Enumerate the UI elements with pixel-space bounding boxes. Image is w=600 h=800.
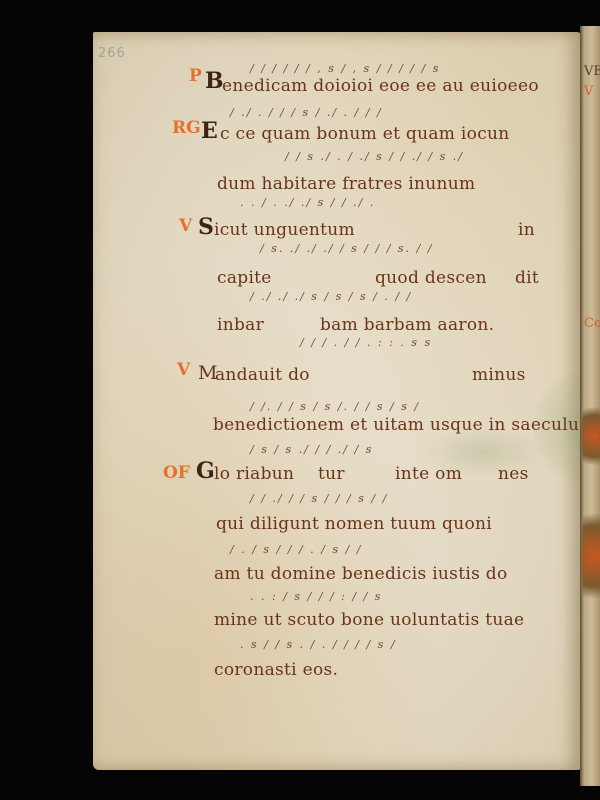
neume-row: / s / s ./ / / ./ / s xyxy=(250,443,373,456)
rubric-label: RG xyxy=(172,118,201,138)
decorated-initial: S xyxy=(198,214,214,240)
neume-row: / ./ ./ ./ s / s / s / . / / xyxy=(250,290,412,303)
neume-row: . . / . ./ ./ s / / ./ . xyxy=(240,196,375,209)
text-line: am tu domine benedicis iustis do xyxy=(214,564,508,584)
neume-row: / / ./ / / s / / / s / / xyxy=(250,492,388,505)
neume-row: / ./ . / / / s / ./ . / / / xyxy=(230,106,383,119)
facing-page-rubric: Co xyxy=(584,316,600,331)
decorated-initial: E xyxy=(201,118,218,144)
neume-row: . s / / s . / . / / / / s / xyxy=(240,638,397,651)
neume-row: / . / s / / / . / s / / xyxy=(230,543,362,556)
text-line: tur xyxy=(318,464,345,484)
facing-page-text: VE xyxy=(584,64,600,79)
text-line: c ce quam bonum et quam iocun xyxy=(220,124,510,144)
rubric-label: P xyxy=(189,66,202,86)
decorated-initial: B xyxy=(205,68,224,94)
folio-number: 266 xyxy=(98,46,126,61)
text-line: inte om xyxy=(395,464,462,484)
rubric-label: OF xyxy=(163,463,190,483)
facing-page-decoration xyxy=(582,396,600,476)
text-line: enedicam doioioi eoe ee au euioeeo xyxy=(222,76,539,96)
text-line: mine ut scuto bone uoluntatis tuae xyxy=(214,610,524,630)
text-line: andauit do xyxy=(215,365,310,385)
rubric-label: V xyxy=(177,360,190,380)
neume-row: / / s ./ . / ./ s / / ./ / s ./ xyxy=(285,150,464,163)
text-line: lo riabun xyxy=(214,464,294,484)
text-line: benedictionem et uitam usque in saeculum… xyxy=(213,415,600,435)
facing-page-decoration xyxy=(582,496,600,616)
text-line: quod descen xyxy=(375,268,487,288)
text-line: inbar xyxy=(217,315,264,335)
text-line: nes xyxy=(498,464,529,484)
neume-row: / s. ./ ./ ./ / s / / / s. / / xyxy=(260,242,433,255)
text-line: qui diligunt nomen tuum quoni xyxy=(216,514,492,534)
text-line: minus xyxy=(472,365,526,385)
decorated-initial: G xyxy=(196,458,215,484)
text-line: icut unguentum xyxy=(214,220,355,240)
text-line: dit xyxy=(515,268,539,288)
neume-row: / / / . / / . : : . s s xyxy=(300,336,432,349)
text-line: bam barbam aaron. xyxy=(320,315,494,335)
neume-row: / / / / / / , s / , s / / / / / s xyxy=(250,62,440,75)
rubric-label: V xyxy=(179,216,192,236)
neume-row: / /. / / s / s /. / / s / s / xyxy=(250,400,420,413)
facing-page-rubric: V xyxy=(584,84,593,99)
neume-row: . . : / s / / / : / / s xyxy=(250,590,382,603)
facing-page-edge: VE V Co xyxy=(580,26,600,786)
text-line: in xyxy=(518,220,535,240)
text-line: dum habitare fratres inunum xyxy=(217,174,475,194)
text-line: coronasti eos. xyxy=(214,660,338,680)
text-line: capite xyxy=(217,268,272,288)
